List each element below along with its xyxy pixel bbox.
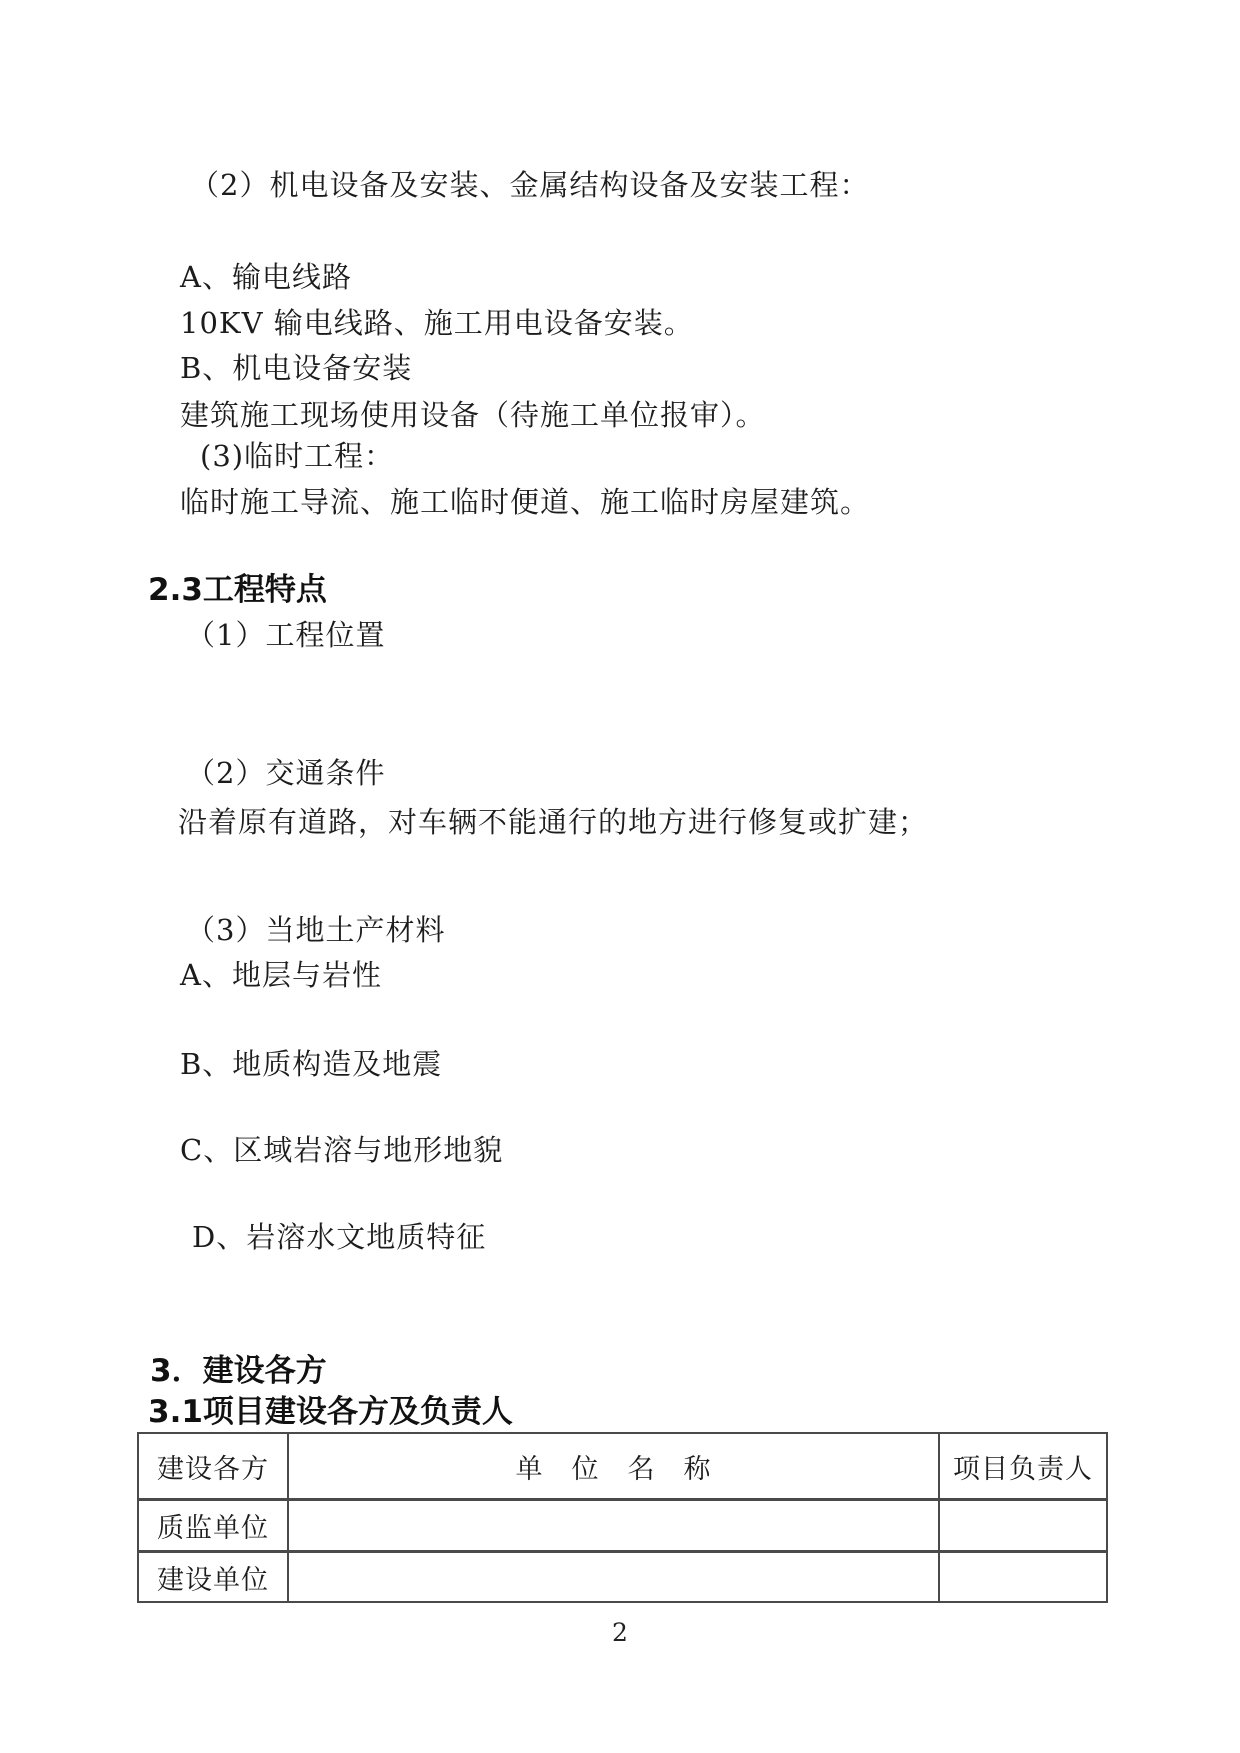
paragraph-temporary-works-label: (3)临时工程： (200, 433, 394, 479)
paragraph-geology-earthquake: B、地质构造及地震 (180, 1041, 442, 1087)
cell-party-quality-supervision: 质监单位 (138, 1500, 288, 1552)
cell-unit-name-empty (288, 1552, 939, 1603)
cell-party-construction-owner: 建设单位 (138, 1552, 288, 1603)
cell-leader-empty (939, 1552, 1107, 1603)
paragraph-traffic-conditions: （2）交通条件 (186, 750, 385, 796)
paragraph-site-equipment: 建筑施工现场使用设备（待施工单位报审）。 (180, 392, 766, 438)
paragraph-karst-hydrogeology: D、岩溶水文地质特征 (192, 1214, 486, 1260)
header-cell-leader: 项目负责人 (939, 1433, 1107, 1500)
section-2-3-heading: 2.3工程特点 (148, 567, 327, 613)
project-parties-table: 建设各方 单 位 名 称 项目负责人 质监单位 建设单位 (137, 1432, 1108, 1603)
page-number: 2 (0, 1618, 1240, 1647)
paragraph-strata-lithology: A、地层与岩性 (180, 952, 382, 998)
paragraph-project-location: （1）工程位置 (186, 612, 385, 658)
paragraph-transmission-line-label: A、输电线路 (180, 254, 352, 300)
paragraph-karst-topography: C、区域岩溶与地形地貌 (180, 1127, 503, 1173)
header-cell-unit-name: 单 位 名 称 (288, 1433, 939, 1500)
header-cell-party: 建设各方 (138, 1433, 288, 1500)
paragraph-temporary-works-detail: 临时施工导流、施工临时便道、施工临时房屋建筑。 (180, 479, 870, 525)
table-header-row: 建设各方 单 位 名 称 项目负责人 (138, 1433, 1107, 1500)
paragraph-local-materials: （3）当地土产材料 (186, 907, 445, 953)
paragraph-10kv-line: 10KV 输电线路、施工用电设备安装。 (180, 300, 694, 346)
paragraph-road-repair: 沿着原有道路，对车辆不能通行的地方进行修复或扩建； (178, 799, 928, 845)
paragraph-electromechanical-install: B、机电设备安装 (180, 345, 412, 391)
cell-leader-empty (939, 1500, 1107, 1552)
section-3-1-heading: 3.1项目建设各方及负责人 (148, 1389, 513, 1435)
table-row: 建设单位 (138, 1552, 1107, 1603)
cell-unit-name-empty (288, 1500, 939, 1552)
table-row: 质监单位 (138, 1500, 1107, 1552)
document-page: （2）机电设备及安装、金属结构设备及安装工程： A、输电线路 10KV 输电线路… (0, 0, 1240, 1753)
section-3-heading: 3．建设各方 (150, 1348, 327, 1394)
paragraph-mechanical-equipment: （2）机电设备及安装、金属结构设备及安装工程： (190, 162, 869, 208)
